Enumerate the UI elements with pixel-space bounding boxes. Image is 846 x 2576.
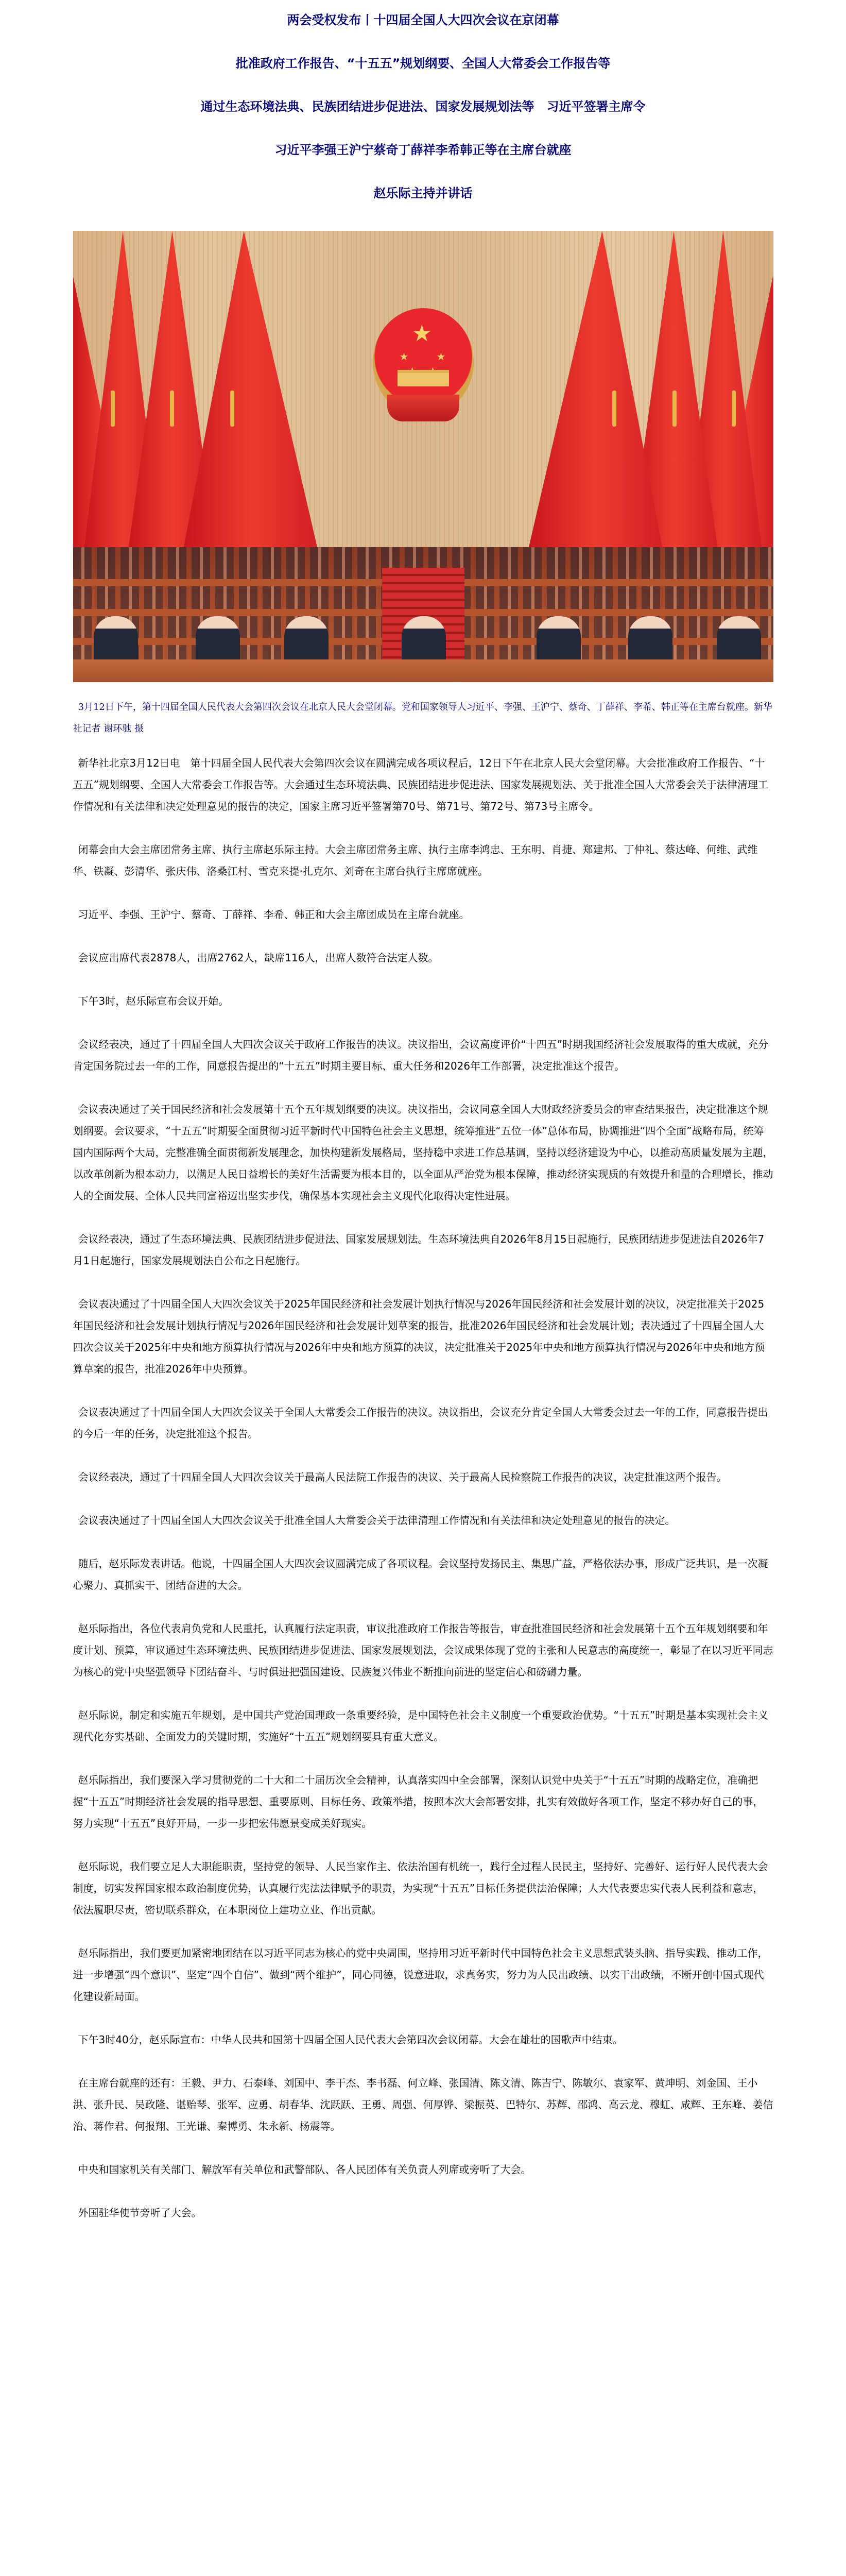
leader-figure <box>537 616 581 664</box>
paragraph: 下午3时40分，赵乐际宣布：中华人民共和国第十四届全国人民代表大会第四次会议闭幕… <box>73 2029 773 2050</box>
paragraph: 会议表决通过了十四届全国人大四次会议关于批准全国人大常委会关于法律清理工作情况和… <box>73 1510 773 1531</box>
headline-sub-4: 赵乐际主持并讲话 <box>73 178 773 222</box>
tassel <box>672 391 677 427</box>
tassel <box>612 391 616 427</box>
headline-main: 两会受权发布丨十四届全国人大四次会议在京闭幕 <box>73 4 773 48</box>
paragraph: 外国驻华使节旁听了大会。 <box>73 2202 773 2224</box>
paragraph: 会议经表决，通过了十四届全国人大四次会议关于最高人民法院工作报告的决议、关于最高… <box>73 1466 773 1488</box>
paragraph: 随后，赵乐际发表讲话。他说，十四届全国人大四次会议圆满完成了各项议程。会议坚持发… <box>73 1553 773 1596</box>
paragraph: 会议经表决，通过了十四届全国人大四次会议关于政府工作报告的决议。决议指出，会议高… <box>73 1033 773 1077</box>
paragraph: 闭幕会由大会主席团常务主席、执行主席赵乐际主持。大会主席团常务主席、执行主席李鸿… <box>73 839 773 882</box>
article-body: 新华社北京3月12日电 第十四届全国人民代表大会第四次会议在圆满完成各项议程后，… <box>73 752 773 2224</box>
tiananmen-gate-icon <box>398 370 449 386</box>
leader-figure <box>94 616 138 664</box>
star-icon: ★ <box>412 323 432 345</box>
headline-sub-2: 通过生态环境法典、民族团结进步促进法、国家发展规划法等 习近平签署主席令 <box>73 92 773 135</box>
paragraph: 赵乐际说，制定和实施五年规划，是中国共产党治国理政一条重要经验，是中国特色社会主… <box>73 1704 773 1748</box>
paragraph: 会议表决通过了十四届全国人大四次会议关于2025年国民经济和社会发展计划执行情况… <box>73 1293 773 1380</box>
headline-sub-1: 批准政府工作报告、“十五五”规划纲要、全国人大常委会工作报告等 <box>73 48 773 92</box>
ribbon-icon <box>387 395 459 421</box>
news-photo: ★ ★ ★ ★ ★ <box>73 231 773 682</box>
headline-block: 两会受权发布丨十四届全国人大四次会议在京闭幕 批准政府工作报告、“十五五”规划纲… <box>73 4 773 222</box>
tassel <box>230 391 234 427</box>
presidium-stage <box>73 547 773 682</box>
paragraph: 会议表决通过了十四届全国人大四次会议关于全国人大常委会工作报告的决议。决议指出，… <box>73 1401 773 1445</box>
tassel <box>170 391 174 427</box>
star-icon: ★ <box>400 351 409 362</box>
leader-figure <box>717 616 761 664</box>
leader-figure <box>628 616 672 664</box>
paragraph: 在主席台就座的还有：王毅、尹力、石泰峰、刘国中、李干杰、李书磊、何立峰、张国清、… <box>73 2072 773 2137</box>
leader-figure <box>284 616 329 664</box>
paragraph: 习近平、李强、王沪宁、蔡奇、丁薛祥、李希、韩正和大会主席团成员在主席台就座。 <box>73 904 773 925</box>
paragraph: 会议应出席代表2878人，出席2762人，缺席116人，出席人数符合法定人数。 <box>73 947 773 969</box>
leader-figure <box>402 616 446 664</box>
headline-sub-3: 习近平李强王沪宁蔡奇丁薛祥李希韩正等在主席台就座 <box>73 135 773 178</box>
tassel <box>732 391 736 427</box>
paragraph: 赵乐际说，我们要立足人大职能职责，坚持党的领导、人民当家作主、依法治国有机统一，… <box>73 1856 773 1921</box>
paragraph: 赵乐际指出，我们要深入学习贯彻党的二十大和二十届历次全会精神，认真落实四中全会部… <box>73 1769 773 1834</box>
tassel <box>111 391 115 427</box>
news-photo-container: ★ ★ ★ ★ ★ <box>73 231 773 682</box>
article: 两会受权发布丨十四届全国人大四次会议在京闭幕 批准政府工作报告、“十五五”规划纲… <box>73 0 773 2302</box>
paragraph: 会议表决通过了关于国民经济和社会发展第十五个五年规划纲要的决议。决议指出，会议同… <box>73 1098 773 1207</box>
paragraph: 新华社北京3月12日电 第十四届全国人民代表大会第四次会议在圆满完成各项议程后，… <box>73 752 773 817</box>
paragraph: 会议经表决，通过了生态环境法典、民族团结进步促进法、国家发展规划法。生态环境法典… <box>73 1228 773 1272</box>
bottom-spacer <box>73 2245 773 2302</box>
photo-caption: 3月12日下午，第十四届全国人民代表大会第四次会议在北京人民大会堂闭幕。党和国家… <box>73 697 773 740</box>
paragraph: 中央和国家机关有关部门、解放军有关单位和武警部队、各人民团体有关负责人列席或旁听… <box>73 2159 773 2180</box>
national-emblem-icon: ★ ★ ★ ★ ★ <box>373 308 474 416</box>
paragraph: 赵乐际指出，各位代表肩负党和人民重托，认真履行法定职责，审议批准政府工作报告等报… <box>73 1618 773 1683</box>
leader-figure <box>196 616 240 664</box>
paragraph: 赵乐际指出，我们要更加紧密地团结在以习近平同志为核心的党中央周围，坚持用习近平新… <box>73 1942 773 2007</box>
star-icon: ★ <box>437 351 446 362</box>
paragraph: 下午3时，赵乐际宣布会议开始。 <box>73 990 773 1012</box>
front-desk <box>73 659 773 682</box>
